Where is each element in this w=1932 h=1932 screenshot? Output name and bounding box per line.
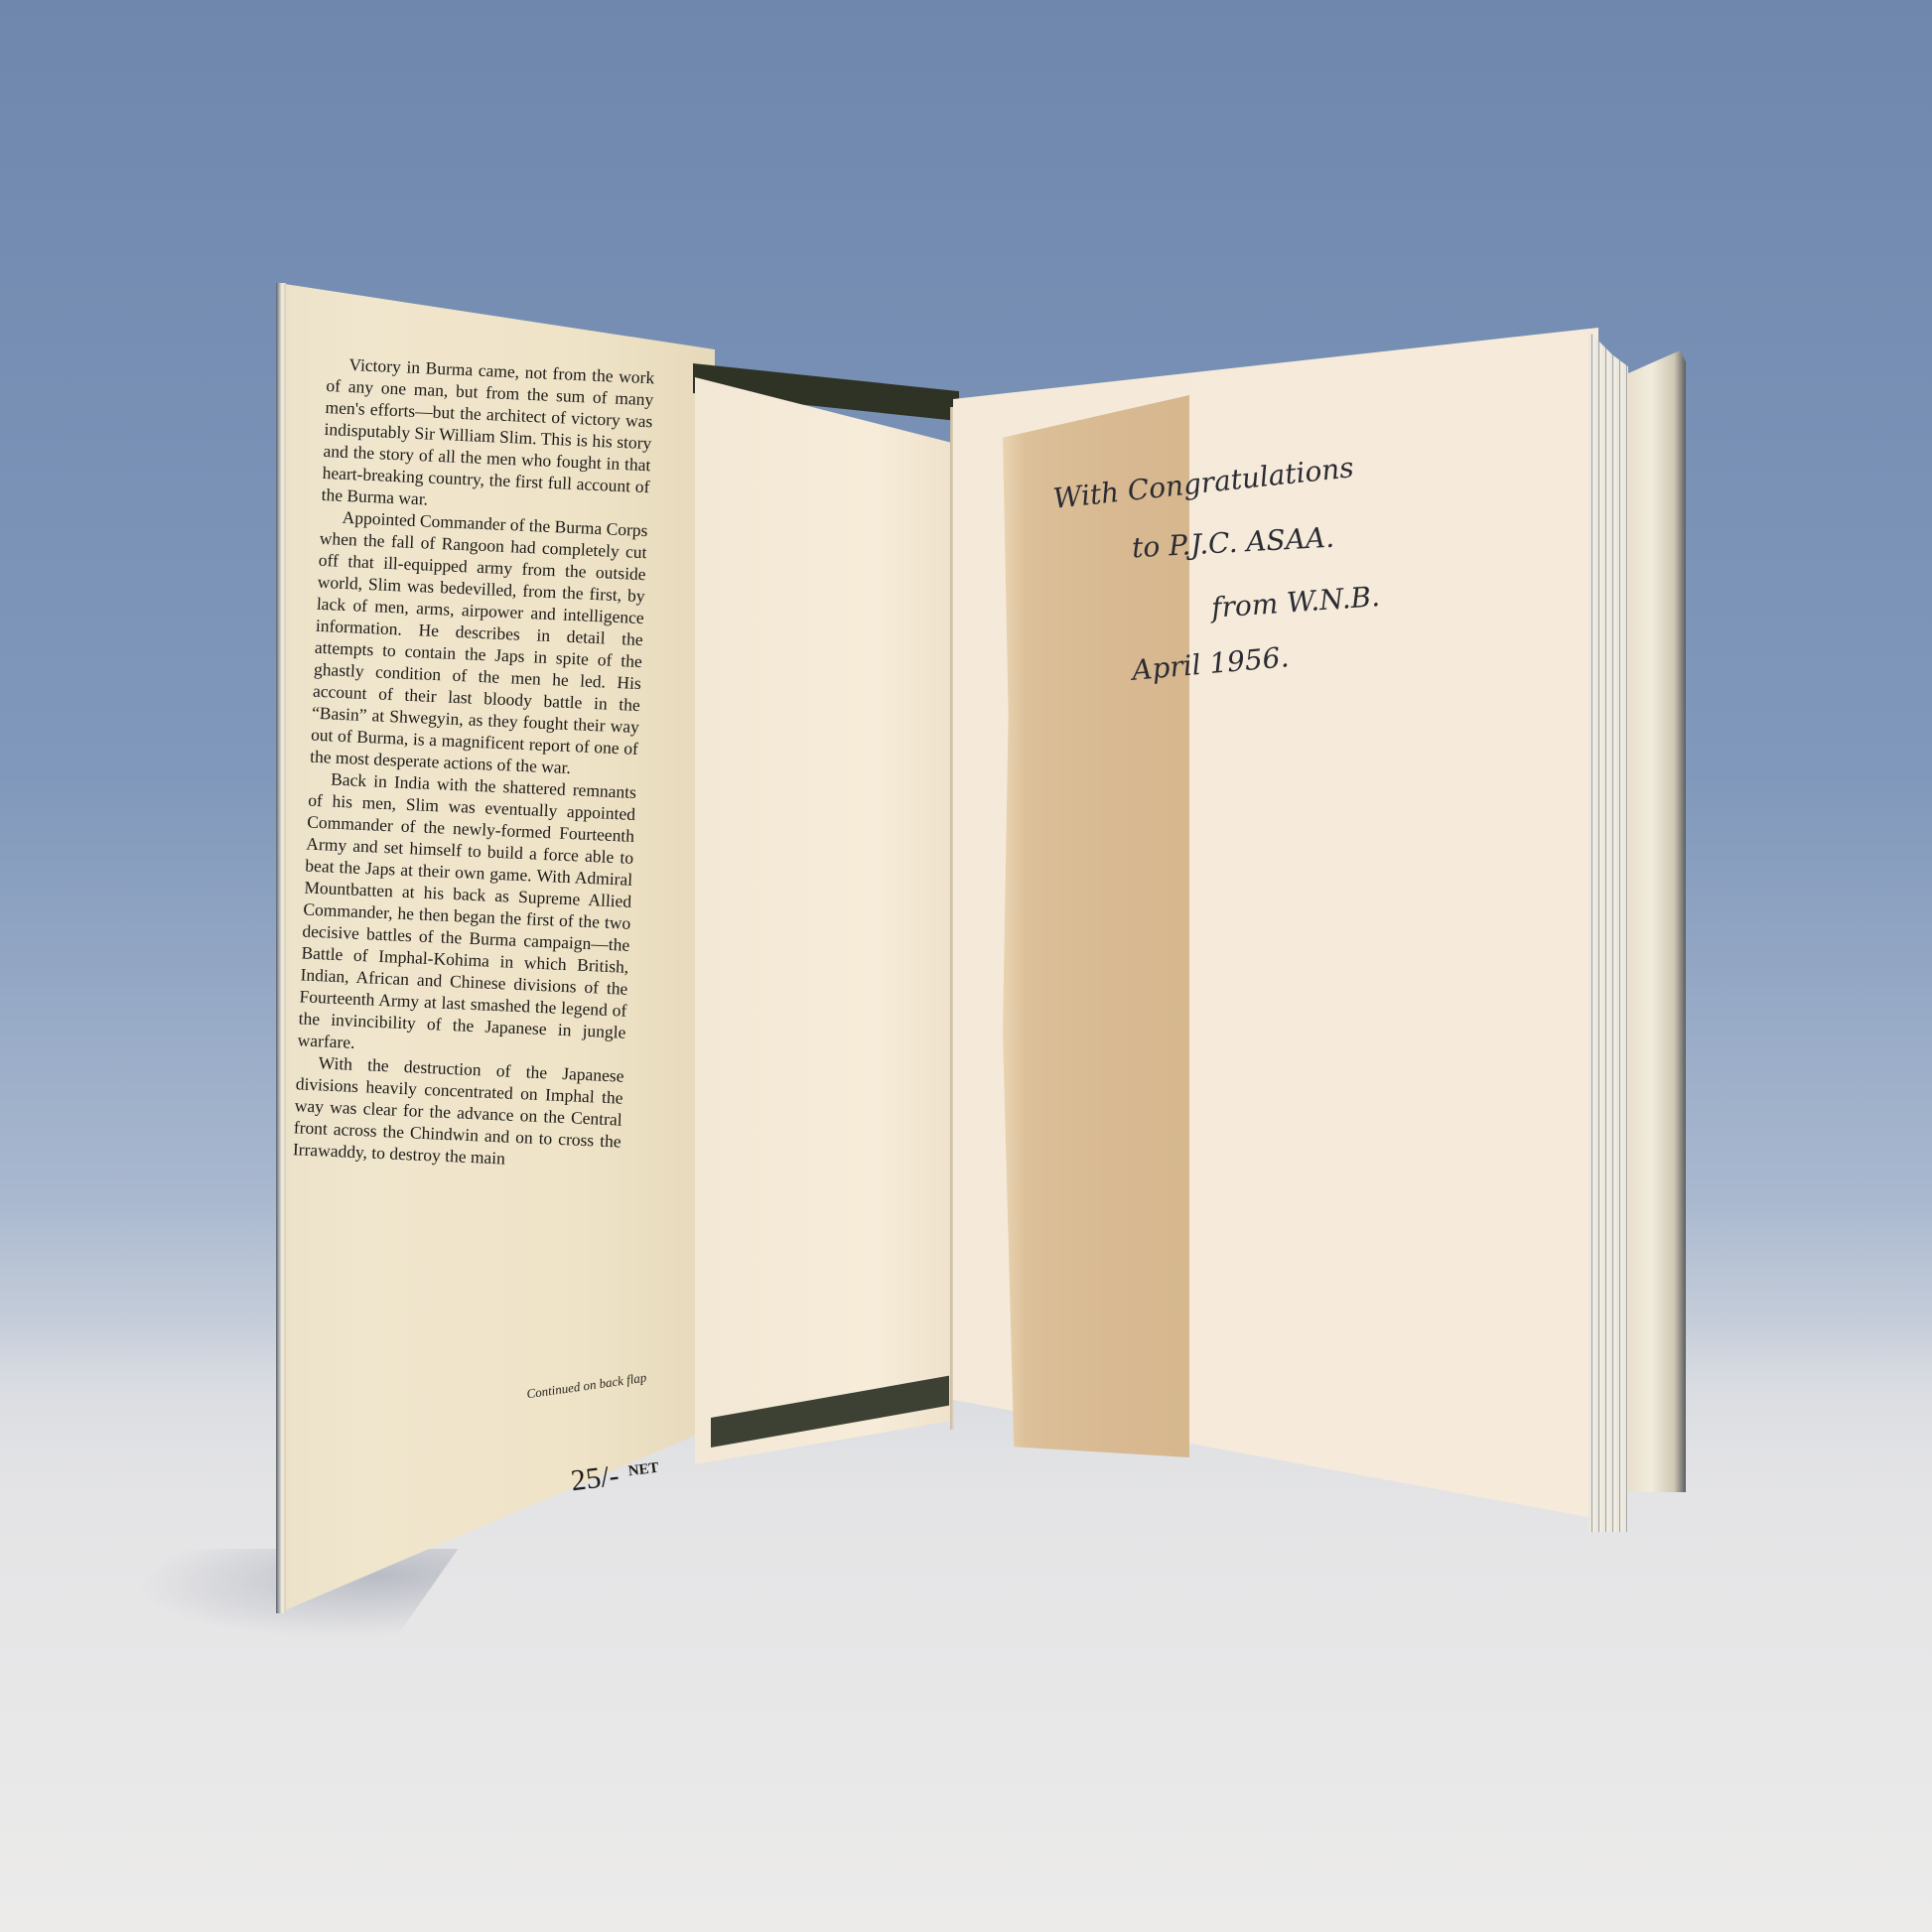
blurb-paragraph-1: Victory in Burma came, not from the work… xyxy=(321,352,654,519)
price-value: 25/- xyxy=(569,1459,621,1498)
front-pastedown xyxy=(695,377,951,1464)
price-suffix: NET xyxy=(627,1460,660,1480)
blurb-paragraph-3: Back in India with the shattered remnant… xyxy=(297,767,636,1065)
flap-fold-edge xyxy=(276,283,286,1613)
rear-board xyxy=(1628,350,1686,1492)
blurb-paragraph-4: With the destruction of the Japanese div… xyxy=(292,1050,623,1173)
text-block-edges xyxy=(1588,331,1628,1532)
blurb-paragraph-2: Appointed Commander of the Burma Corps w… xyxy=(310,505,648,781)
flap-blurb: Victory in Burma came, not from the work… xyxy=(292,352,654,1174)
